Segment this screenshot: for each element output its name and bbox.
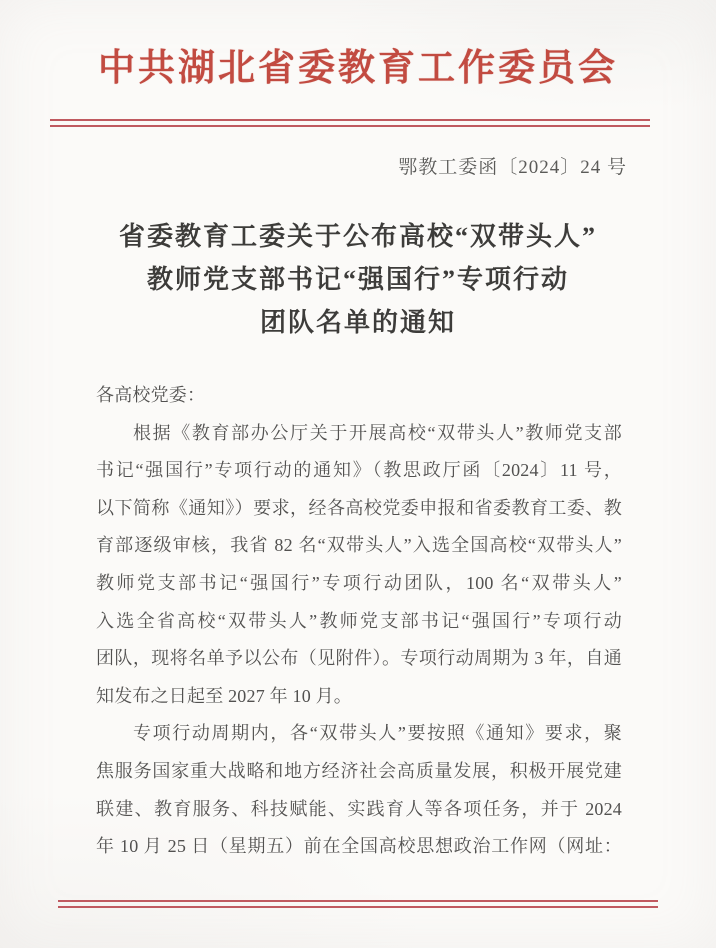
body-line: 以下简称《通知》）要求，经各高校党委申报和省委教育工委、教	[96, 490, 622, 528]
body-line: 专项行动周期内，各“双带头人”要按照《通知》要求，聚	[96, 715, 622, 753]
body-line: 团队，现将名单予以公布（见附件）。专项行动周期为 3 年，自通	[96, 640, 622, 678]
document-title-line-1: 省委教育工委关于公布高校“双带头人”	[0, 215, 716, 258]
body-line: 书记“强国行”专项行动的通知》（教思政厅函〔2024〕11 号，	[96, 452, 622, 490]
body-line: 入选全省高校“双带头人”教师党支部书记“强国行”专项行动	[96, 603, 622, 641]
document-title-line-2: 教师党支部书记“强国行”专项行动	[0, 258, 716, 301]
body-line: 根据《教育部办公厅关于开展高校“双带头人”教师党支部	[96, 415, 622, 453]
official-document-page: 中共湖北省委教育工作委员会 鄂教工委函〔2024〕24 号 省委教育工委关于公布…	[0, 0, 716, 948]
body-salutation: 各高校党委：	[96, 377, 622, 415]
body-line: 年 10 月 25 日（星期五）前在全国高校思想政治工作网（网址：	[96, 828, 622, 866]
body-line: 育部逐级审核，我省 82 名“双带头人”入选全国高校“双带头人”	[96, 527, 622, 565]
document-title-line-3: 团队名单的通知	[0, 301, 716, 344]
document-reference-number: 鄂教工委函〔2024〕24 号	[398, 153, 627, 183]
letterhead-issuer-title: 中共湖北省委教育工作委员会	[0, 46, 716, 92]
letterhead-red-separator	[50, 119, 650, 127]
body-line: 知发布之日起至 2027 年 10 月。	[96, 678, 622, 716]
footer-red-separator	[58, 900, 658, 908]
body-line: 焦服务国家重大战略和地方经济社会高质量发展，积极开展党建	[96, 753, 622, 791]
document-title: 省委教育工委关于公布高校“双带头人” 教师党支部书记“强国行”专项行动 团队名单…	[0, 215, 716, 344]
document-body: 各高校党委： 根据《教育部办公厅关于开展高校“双带头人”教师党支部 书记“强国行…	[96, 377, 622, 866]
body-line: 教师党支部书记“强国行”专项行动团队，100 名“双带头人”	[96, 565, 622, 603]
body-line: 联建、教育服务、科技赋能、实践育人等各项任务，并于 2024	[96, 791, 622, 829]
